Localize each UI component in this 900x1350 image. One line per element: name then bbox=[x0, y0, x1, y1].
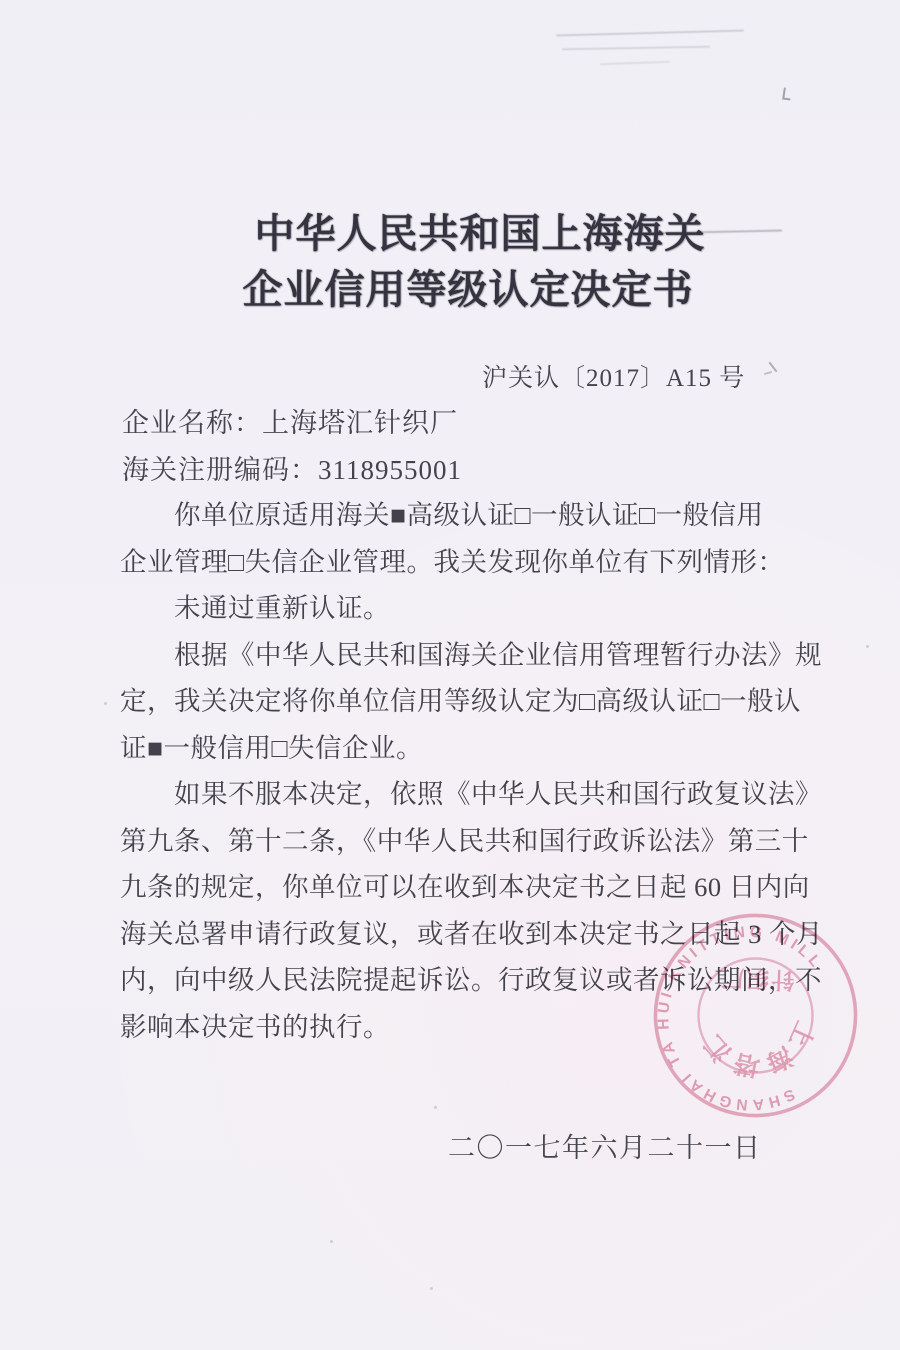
stamp-company-cn-center: 针织厂 bbox=[719, 965, 795, 993]
scan-speck bbox=[430, 1287, 433, 1290]
scan-smudge bbox=[600, 61, 670, 65]
body-line: 你单位原适用海关■高级认证□一般认证□一般信用 bbox=[120, 492, 800, 539]
scan-speck bbox=[104, 702, 107, 705]
scan-speck bbox=[866, 645, 869, 648]
body-line: 定，我关决定将你单位信用等级认定为□高级认证□一般认 bbox=[120, 678, 800, 725]
company-name-line: 企业名称：上海塔汇针织厂 bbox=[122, 401, 458, 440]
title-line-1: 中华人民共和国上海海关 bbox=[30, 206, 900, 262]
body-line: 如果不服本决定，依照《中华人民共和国行政复议法》 bbox=[120, 771, 800, 818]
stamp-svg: SHANGHAI TA HUI KNITTING MILL 上海塔汇 针织厂 bbox=[648, 908, 863, 1123]
svg-text:SHANGHAI TA HUI KNITTING MILL: SHANGHAI TA HUI KNITTING MILL bbox=[648, 909, 831, 1123]
scan-smudge bbox=[556, 30, 744, 37]
scan-smudge bbox=[562, 46, 710, 51]
document-title: 中华人民共和国上海海关 企业信用等级认定决定书 bbox=[0, 206, 900, 318]
stamp-ring-text: SHANGHAI TA HUI KNITTING MILL bbox=[648, 909, 831, 1123]
scan-speck bbox=[764, 371, 772, 375]
scan-speck bbox=[782, 88, 792, 101]
customs-code-line: 海关注册编码：3118955001 bbox=[122, 448, 462, 487]
svg-text:上海塔汇: 上海塔汇 bbox=[696, 1014, 819, 1083]
document-date: 二〇一七年六月二十一日 bbox=[448, 1126, 762, 1165]
scanned-document-page: 中华人民共和国上海海关 企业信用等级认定决定书 沪关认〔2017〕A15 号 企… bbox=[0, 0, 900, 1350]
scan-speck bbox=[434, 1106, 437, 1109]
body-line: 证■一般信用□失信企业。 bbox=[120, 725, 800, 772]
company-seal-stamp: SHANGHAI TA HUI KNITTING MILL 上海塔汇 针织厂 bbox=[648, 908, 863, 1123]
scan-speck bbox=[330, 1240, 333, 1243]
title-line-2: 企业信用等级认定决定书 bbox=[18, 262, 900, 318]
body-line: 根据《中华人民共和国海关企业信用管理暂行办法》规 bbox=[120, 632, 800, 679]
body-line: 九条的规定，你单位可以在收到本决定书之日起 60 日内向 bbox=[120, 864, 800, 911]
body-line: 第九条、第十二条，《中华人民共和国行政诉讼法》第三十 bbox=[120, 818, 800, 865]
body-line: 企业管理□失信企业管理。我关发现你单位有下列情形： bbox=[120, 539, 800, 586]
scan-speck bbox=[769, 362, 778, 373]
body-line: 未通过重新认证。 bbox=[120, 585, 800, 632]
stamp-company-cn-arc: 上海塔汇 bbox=[696, 1014, 819, 1083]
reference-number: 沪关认〔2017〕A15 号 bbox=[482, 358, 745, 394]
